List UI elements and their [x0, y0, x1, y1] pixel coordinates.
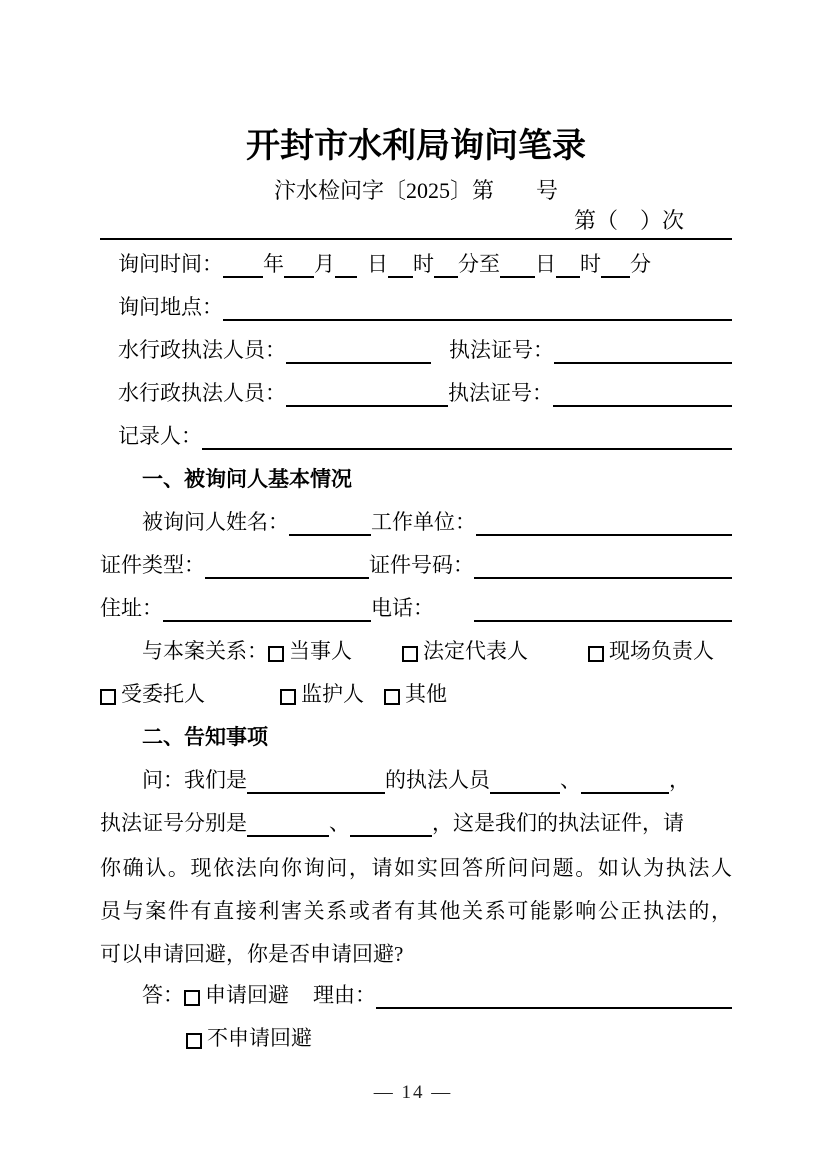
unit-end-hour: 时	[580, 248, 601, 278]
interviewee-name-row: 被询问人姓名： 工作单位：	[100, 498, 732, 541]
blank-end-day	[500, 252, 535, 278]
blank-year	[223, 252, 263, 278]
question-text-a: 问：我们是	[142, 764, 247, 794]
officer1-row: 水行政执法人员： 执法证号：	[100, 326, 732, 369]
checkbox-no-recusal[interactable]	[186, 1033, 202, 1049]
blank-officer2-name	[286, 381, 448, 407]
question-text-f: 、	[329, 807, 350, 837]
blank-place	[223, 295, 732, 321]
unit-minute-to: 分至	[458, 248, 500, 278]
inquiry-time-label: 询问时间：	[118, 248, 223, 278]
checkbox-site-manager[interactable]	[588, 646, 604, 662]
question-line-5: 可以申请回避，你是否申请回避?	[100, 928, 732, 971]
address-row: 住址： 电话：	[100, 584, 732, 627]
answer-row-1: 答： 申请回避 理由：	[100, 971, 732, 1014]
question-text-g: ，这是我们的执法证件，请	[432, 807, 684, 837]
unit-year: 年	[263, 248, 284, 278]
checkbox-entrusted-person[interactable]	[100, 689, 116, 705]
blank-id-number	[474, 553, 732, 579]
blank-day	[335, 252, 357, 278]
page-number: — 14 —	[0, 1082, 826, 1104]
unit-month: 月	[314, 248, 335, 278]
checkbox-guardian[interactable]	[280, 689, 296, 705]
checkbox-request-recusal[interactable]	[184, 990, 200, 1006]
blank-cert-number-1	[247, 811, 329, 837]
relation-row-1: 与本案关系： 当事人 法定代表人 现场负责人	[100, 627, 732, 670]
relation-option-entrusted-person: 受委托人	[121, 678, 205, 708]
answer-option-request-recusal: 申请回避	[205, 979, 289, 1009]
blank-recorder	[202, 424, 732, 450]
relation-row-2: 受委托人 监护人 其他	[100, 670, 732, 713]
unit-end-minute: 分	[630, 248, 651, 278]
session-count-row: 第（）次	[100, 206, 732, 240]
blank-cert1-number	[554, 338, 732, 364]
work-unit-label: 工作单位：	[371, 506, 476, 536]
cert2-label: 执法证号：	[448, 377, 553, 407]
blank-cert-number-2	[350, 811, 432, 837]
cert1-label: 执法证号：	[449, 334, 554, 364]
answer-label: 答：	[142, 979, 184, 1009]
blank-phone	[474, 596, 732, 622]
document-number: 汴水检问字〔2025〕第号	[100, 178, 732, 204]
relation-option-site-manager: 现场负责人	[609, 635, 714, 665]
blank-officer1-name	[286, 338, 431, 364]
unit-hour: 时	[413, 248, 434, 278]
checkbox-other[interactable]	[384, 689, 400, 705]
blank-minute	[434, 252, 458, 278]
officer2-row: 水行政执法人员： 执法证号：	[100, 369, 732, 412]
question-text-e: 执法证号分别是	[100, 807, 247, 837]
question-line-3: 你确认。现依法向你询问，请如实回答所问问题。如认为执法人	[100, 842, 732, 885]
blank-cert2-number	[553, 381, 732, 407]
question-text-c: 、	[560, 764, 581, 794]
officer2-label: 水行政执法人员：	[118, 377, 286, 407]
blank-officer-name-2	[581, 768, 669, 794]
blank-month	[284, 252, 314, 278]
recorder-row: 记录人：	[100, 412, 732, 455]
relation-option-party: 当事人	[289, 635, 352, 665]
answer-row-2: 不申请回避	[100, 1014, 732, 1057]
id-row: 证件类型： 证件号码：	[100, 541, 732, 584]
relation-label: 与本案关系：	[142, 635, 268, 665]
section1-heading: 一、被询问人基本情况	[142, 463, 352, 493]
relation-option-guardian: 监护人	[301, 678, 364, 708]
question-text-d: ，	[669, 764, 690, 794]
document-number-prefix: 汴水检问字〔2025〕第	[274, 178, 494, 203]
session-count-prefix: 第（	[574, 208, 618, 233]
inquiry-place-label: 询问地点：	[118, 291, 223, 321]
blank-agency	[247, 768, 385, 794]
document-title: 开封市水利局询问笔录	[100, 126, 732, 166]
id-type-label: 证件类型：	[100, 549, 205, 579]
blank-recusal-reason	[376, 983, 732, 1009]
unit-end-day: 日	[535, 248, 556, 278]
blank-end-minute	[601, 252, 630, 278]
section1-heading-row: 一、被询问人基本情况	[100, 455, 732, 498]
question-line-1: 问：我们是 的执法人员 、 ，	[100, 756, 732, 799]
checkbox-party[interactable]	[268, 646, 284, 662]
blank-interviewee-name	[289, 510, 371, 536]
blank-address	[163, 596, 371, 622]
id-number-label: 证件号码：	[369, 549, 474, 579]
interviewee-name-label: 被询问人姓名：	[142, 506, 289, 536]
blank-work-unit	[476, 510, 732, 536]
relation-option-other: 其他	[405, 678, 447, 708]
section2-heading: 二、告知事项	[142, 721, 268, 751]
document-number-suffix: 号	[536, 178, 558, 203]
address-label: 住址：	[100, 592, 163, 622]
inquiry-place-row: 询问地点：	[100, 283, 732, 326]
answer-option-no-recusal: 不申请回避	[207, 1022, 312, 1052]
section2-heading-row: 二、告知事项	[100, 713, 732, 756]
question-line-2: 执法证号分别是 、 ，这是我们的执法证件，请	[100, 799, 732, 842]
blank-id-type	[205, 553, 369, 579]
question-line-4: 员与案件有直接利害关系或者有其他关系可能影响公正执法的，	[100, 885, 732, 928]
document-content: 开封市水利局询问笔录 汴水检问字〔2025〕第号 第（）次 询问时间： 年 月 …	[100, 0, 732, 1057]
inquiry-time-row: 询问时间： 年 月 日 时 分至 日 时 分	[100, 240, 732, 283]
session-count-suffix: ）次	[640, 208, 684, 233]
blank-hour	[388, 252, 413, 278]
document-page: 开封市水利局询问笔录 汴水检问字〔2025〕第号 第（）次 询问时间： 年 月 …	[0, 0, 826, 1169]
officer1-label: 水行政执法人员：	[118, 334, 286, 364]
phone-label: 电话：	[371, 592, 434, 622]
blank-officer-name-1	[490, 768, 560, 794]
answer-reason-label: 理由：	[313, 979, 376, 1009]
relation-option-legal-representative: 法定代表人	[423, 635, 528, 665]
unit-day: 日	[367, 248, 388, 278]
question-text-b: 的执法人员	[385, 764, 490, 794]
blank-end-hour	[556, 252, 580, 278]
checkbox-legal-representative[interactable]	[402, 646, 418, 662]
recorder-label: 记录人：	[118, 420, 202, 450]
